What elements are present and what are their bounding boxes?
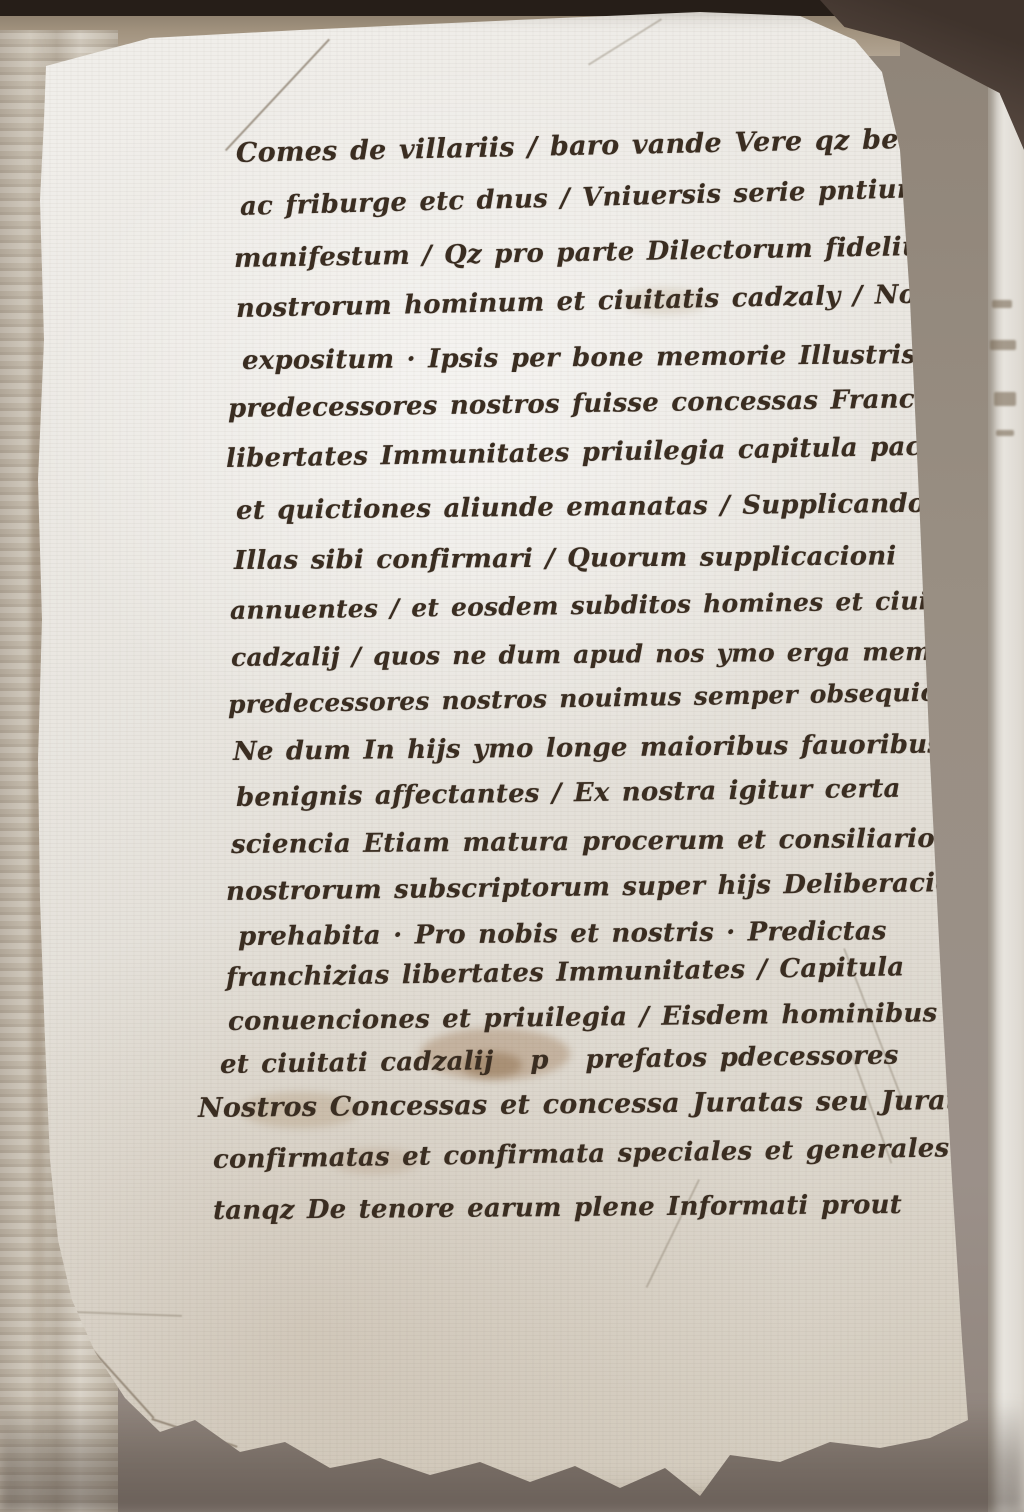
ink-stain	[620, 288, 710, 314]
seam-dirt-mark	[990, 340, 1016, 350]
manuscript-line: prehabita · Pro nobis et nostris · Predi…	[238, 916, 887, 952]
manuscript-line: libertates Immunitates priuilegia capitu…	[226, 431, 951, 474]
paper-crease	[225, 39, 330, 151]
manuscript-photo: Comes de villariis / baro vande Vere qz …	[0, 0, 1024, 1512]
manuscript-page: Comes de villariis / baro vande Vere qz …	[0, 0, 1024, 1512]
paper-crease	[844, 948, 907, 1109]
manuscript-line: predecessores nostros fuisse concessas F…	[228, 383, 1001, 424]
manuscript-line: Illas sibi confirmari / Quorum supplicac…	[234, 541, 897, 576]
adjacent-page-edge	[988, 30, 1024, 1512]
manuscript-line: expositum · Ipsis per bone memorie Illus…	[242, 339, 1001, 376]
manuscript-line: et quictiones aliunde emanatas / Supplic…	[236, 489, 926, 526]
manuscript-line: conuenciones et priuilegia / Eisdem homi…	[228, 998, 938, 1037]
ink-stain	[330, 1148, 420, 1174]
manuscript-line: sciencia Etiam matura procerum et consil…	[231, 823, 996, 860]
ink-stain	[420, 1028, 570, 1080]
ink-stain	[462, 1052, 522, 1078]
manuscript-line: cadzalij / quos ne dum apud nos ymo erga…	[231, 636, 1021, 672]
paper-crease	[588, 19, 662, 66]
manuscript-line: Nostros Concessas et concessa Juratas se…	[198, 1085, 977, 1124]
manuscript-line: manifestum / Qz pro parte Dilectorum fid…	[234, 232, 949, 274]
manuscript-line: predecessores nostros nouimus semper obs…	[228, 676, 1004, 719]
manuscript-line: tanqz De tenore earum plene Informati pr…	[213, 1190, 902, 1226]
manuscript-line: benignis affectantes / Ex nostra igitur …	[236, 774, 901, 813]
seam-dirt-mark	[992, 300, 1012, 308]
paper-crease	[851, 1052, 893, 1163]
manuscript-line: et ciuitati cadzalij p prefatos pdecesso…	[220, 1041, 899, 1080]
manuscript-line: nostrorum subscriptorum super hijs Delib…	[226, 868, 989, 907]
manuscript-line: Ne dum In hijs ymo longe maioribus fauor…	[233, 730, 942, 767]
ink-stain	[240, 1092, 360, 1128]
manuscript-line: confirmatas et confirmata speciales et g…	[213, 1133, 950, 1175]
manuscript-line: annuentes / et eosdem subditos homines e…	[230, 585, 1011, 625]
manuscript-line: ac friburge etc dnus / Vniuersis serie p…	[240, 172, 988, 222]
manuscript-line: franchizias libertates Immunitates / Cap…	[226, 952, 905, 993]
seam-dirt-mark	[994, 392, 1016, 406]
manuscript-line: nostrorum hominum et ciuitatis cadzaly /…	[236, 277, 1024, 324]
seam-dirt-mark	[996, 430, 1014, 436]
manuscript-text: Comes de villariis / baro vande Vere qz …	[0, 0, 1024, 1512]
paper-crease	[646, 1179, 700, 1288]
manuscript-line: Comes de villariis / baro vande Vere qz …	[236, 122, 1001, 169]
